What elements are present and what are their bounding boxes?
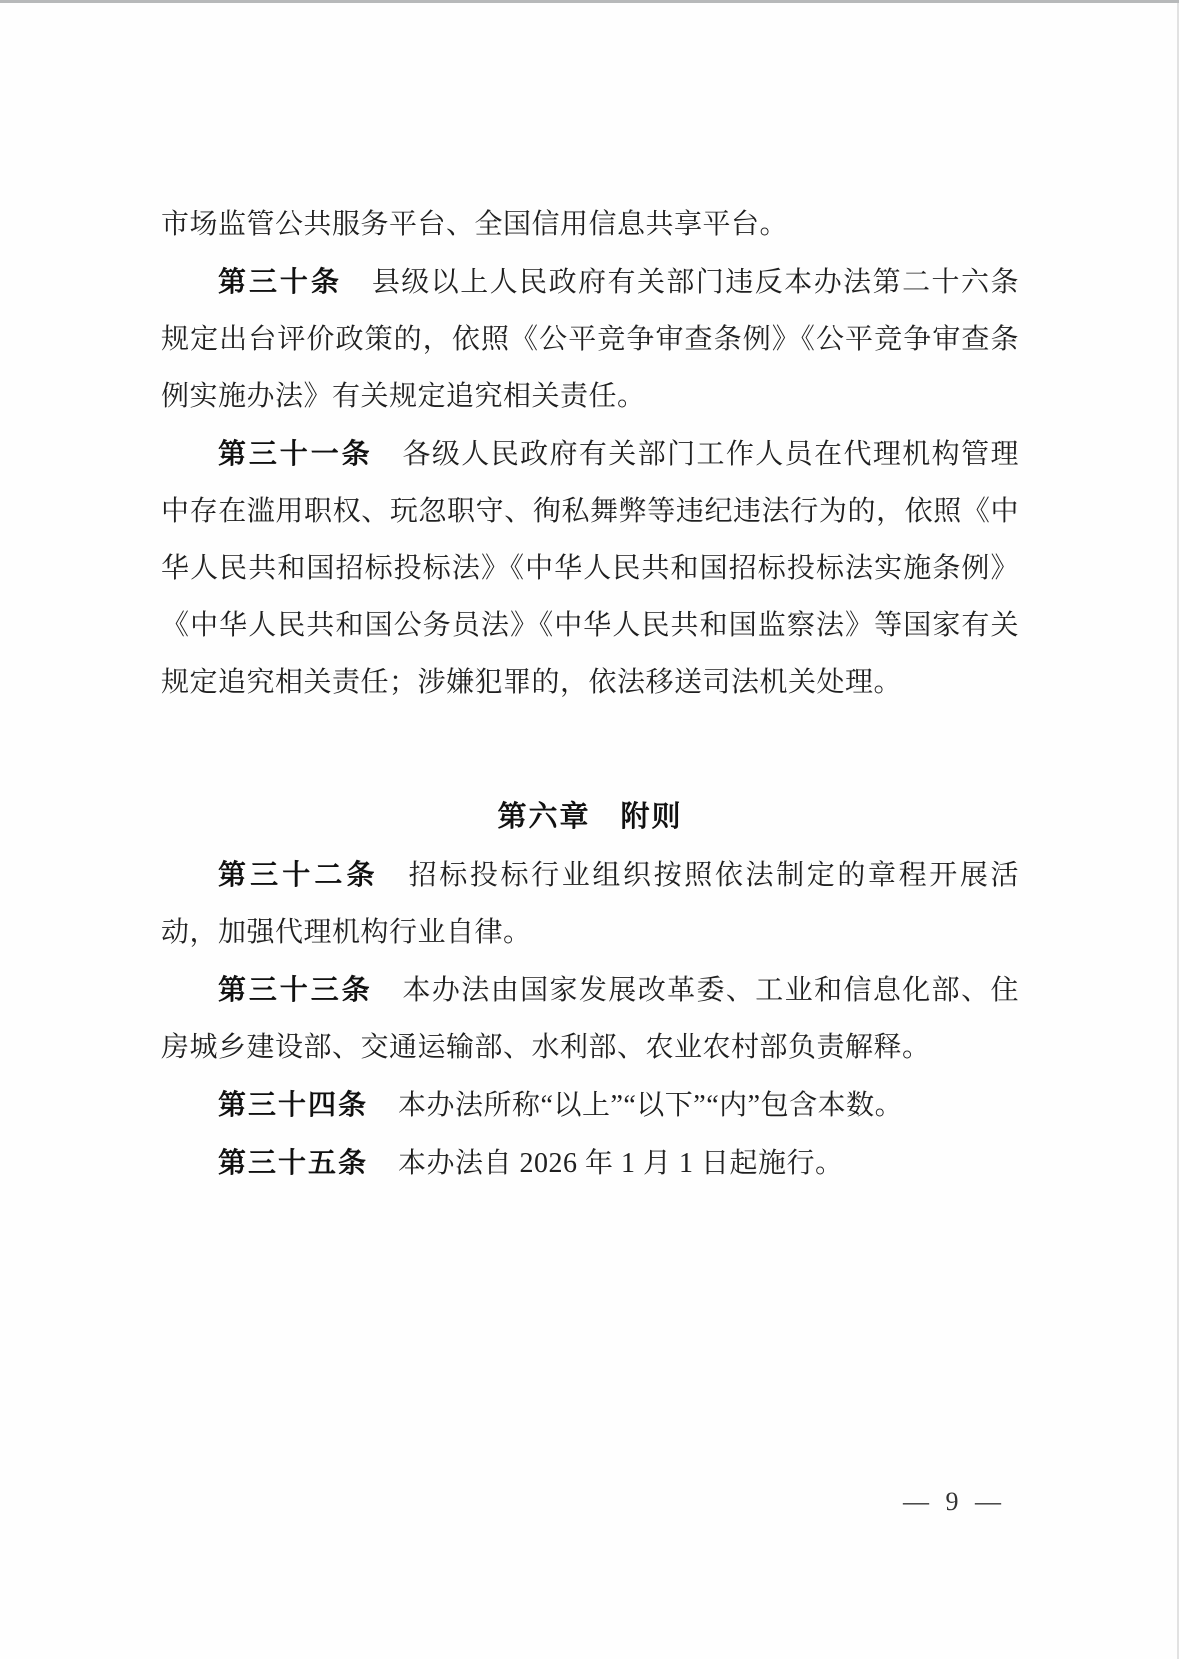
chapter-number: 第六章 (497, 801, 590, 833)
page-number: — 9 — (903, 1487, 1006, 1517)
chapter-title: 附则 (621, 801, 683, 833)
article-paragraph: 第三十条县级以上人民政府有关部门违反本办法第二十六条规定出台评价政策的，依照《公… (161, 253, 1019, 425)
chapter-heading: 第六章附则 (161, 789, 1019, 846)
article-paragraph: 第三十三条本办法由国家发展改革委、工业和信息化部、住房城乡建设部、交通运输部、水… (161, 961, 1019, 1076)
article-paragraph: 第三十五条本办法自 2026 年 1 月 1 日起施行。 (161, 1134, 1019, 1192)
top-edge-bar (0, 0, 1179, 3)
article-number: 第三十二条 (218, 859, 379, 890)
article-number: 第三十四条 (218, 1089, 368, 1120)
article-paragraph: 第三十二条招标投标行业组织按照依法制定的章程开展活动，加强代理机构行业自律。 (161, 846, 1019, 961)
article-number: 第三十三条 (218, 974, 373, 1005)
continuation-paragraph: 市场监管公共服务平台、全国信用信息共享平台。 (161, 196, 1019, 253)
article-number: 第三十五条 (218, 1147, 368, 1178)
article-paragraph: 第三十一条各级人民政府有关部门工作人员在代理机构管理中存在滥用职权、玩忽职守、徇… (161, 425, 1019, 711)
document-page: 市场监管公共服务平台、全国信用信息共享平台。第三十条县级以上人民政府有关部门违反… (0, 0, 1179, 1659)
article-number: 第三十一条 (218, 438, 373, 469)
document-body: 市场监管公共服务平台、全国信用信息共享平台。第三十条县级以上人民政府有关部门违反… (161, 196, 1019, 1192)
article-paragraph: 第三十四条本办法所称“以上”“以下”“内”包含本数。 (161, 1076, 1019, 1134)
article-number: 第三十条 (218, 266, 342, 297)
